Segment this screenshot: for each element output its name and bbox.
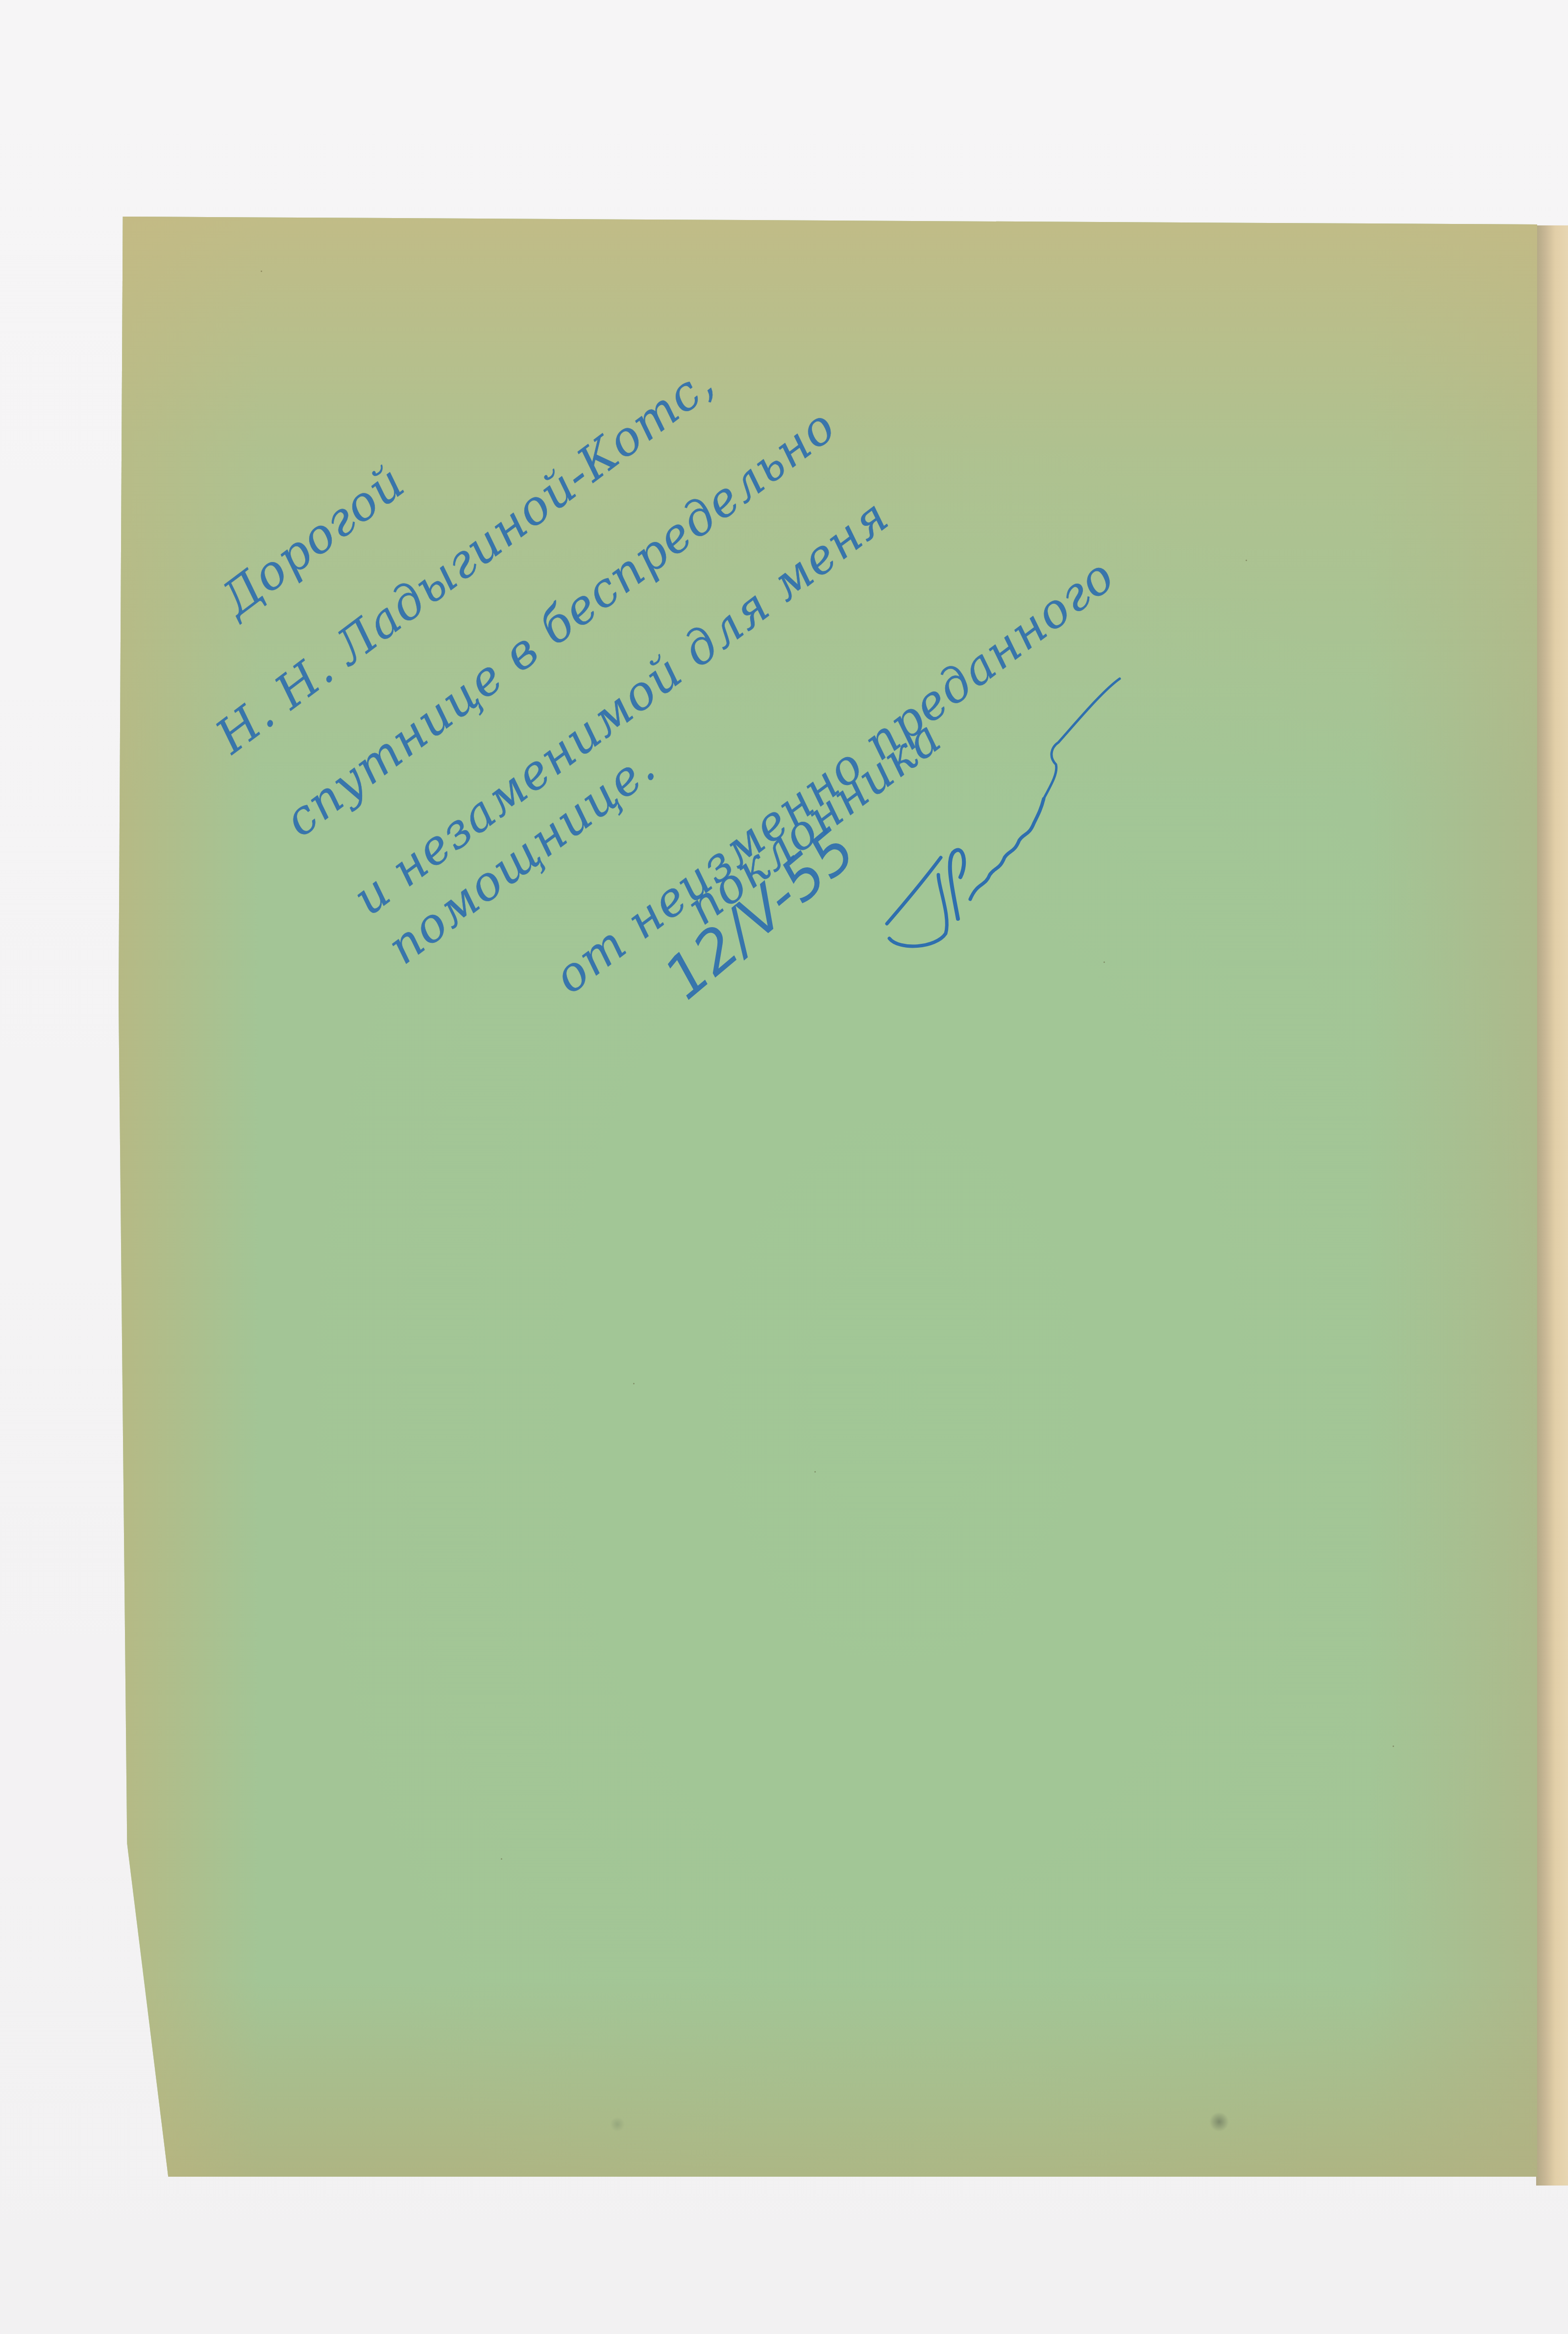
ink-smudge	[1209, 2112, 1229, 2132]
paper-fiber	[1246, 560, 1247, 561]
paper-fiber	[1103, 961, 1105, 963]
paper-fiber	[1393, 1745, 1394, 1747]
faint-mark	[610, 2117, 625, 2132]
paper-fiber	[501, 1858, 502, 1860]
underlying-sheet-edge	[1536, 225, 1568, 2186]
paper-fiber	[633, 1383, 635, 1384]
paper-fiber	[261, 270, 262, 272]
scan-background: Дорогой Н. Н. Ладыгиной-Котс, спутнице в…	[0, 0, 1568, 2334]
paper-fiber	[814, 1471, 816, 1473]
signature: Рогинский	[872, 652, 1127, 956]
